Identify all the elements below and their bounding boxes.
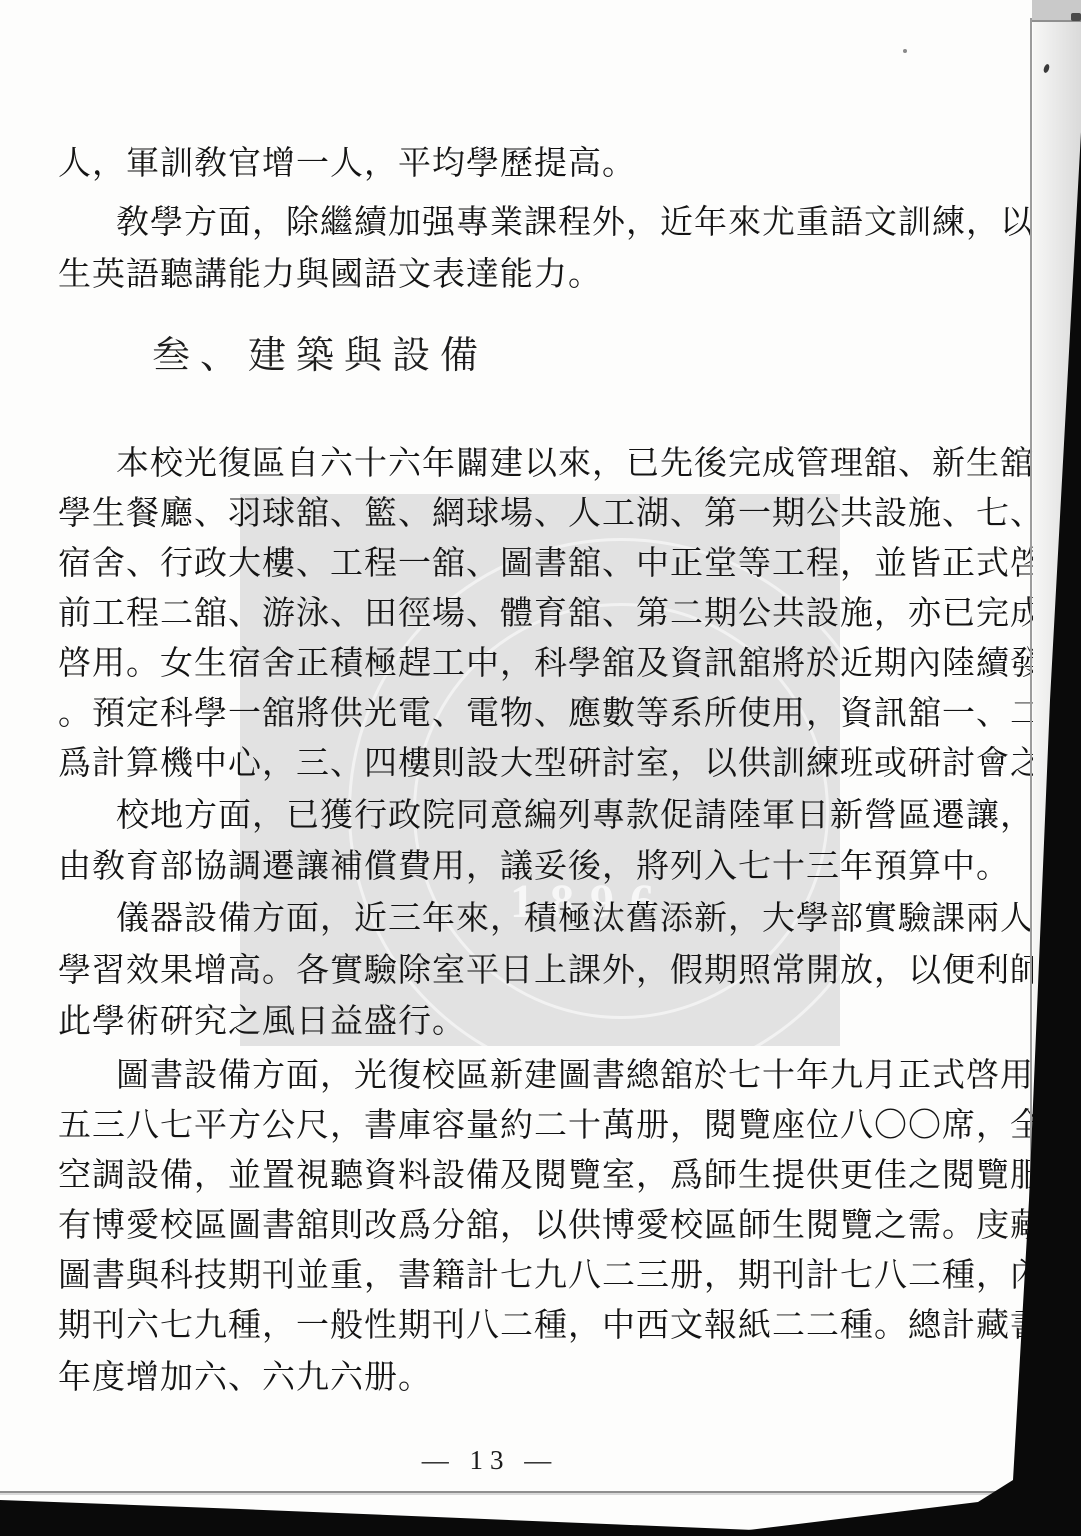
intro-line: 生英語聽講能力與國語文表達能力。 <box>58 248 602 295</box>
body-line: 學生餐廳、羽球舘、籃、網球場、人工湖、第一期公共設施、七、八學生 <box>58 487 1081 534</box>
top-right-dark-mark <box>1071 13 1081 21</box>
section-heading: 叁、建築與設備 <box>152 324 488 379</box>
body-line: 爲計算機中心，三、四樓則設大型硏討室，以供訓練班或硏討會之用。 <box>58 737 1081 784</box>
page-edge-horizontal-line <box>0 1491 1043 1493</box>
body-line: 五三八七平方公尺，書庫容量約二十萬册，閱覽座位八〇〇席，全舘裝置 <box>58 1099 1081 1146</box>
body-line: 由敎育部協調遷讓補償費用，議妥後，將列入七十三年預算中。 <box>58 840 1010 887</box>
body-line: 學習效果增高。各實驗除室平日上課外，假期照常開放，以便利師生，因 <box>58 944 1081 991</box>
body-line: 儀器設備方面，近三年來，積極汰舊添新，大學部實驗課兩人一組， <box>58 892 1081 939</box>
body-line: 宿舍、行政大樓、工程一舘、圖書舘、中正堂等工程，並皆正式啓用。目 <box>58 537 1081 584</box>
body-line: 期刊六七九種，一般性期刊八二種，中西文報紙二二種。總計藏書比上學 <box>58 1299 1081 1346</box>
body-line: 校地方面，已獲行政院同意編列專款促請陸軍日新營區遷讓，目前正 <box>58 789 1081 836</box>
body-line: 前工程二舘、游泳、田徑場、體育舘、第二期公共設施，亦已完成，卽將 <box>58 587 1081 634</box>
body-line: 此學術硏究之風日益盛行。 <box>58 995 466 1042</box>
body-line: 年度增加六、六九六册。 <box>58 1351 432 1398</box>
intro-line: 敎學方面，除繼續加强專業課程外，近年來尤重語文訓練，以增進學 <box>58 196 1081 243</box>
body-line: 本校光復區自六十六年闢建以來，已先後完成管理舘、新生舘、第一 <box>58 437 1081 484</box>
intro-line: 人，軍訓敎官增一人，平均學歷提高。 <box>58 137 636 184</box>
body-line: 圖書設備方面，光復校區新建圖書總舘於七十年九月正式啓用，建坪 <box>58 1049 1081 1096</box>
body-line: 空調設備，並置視聽資料設備及閱覽室，爲師生提供更佳之閱覽服務，原 <box>58 1149 1081 1196</box>
body-line: 啓用。女生宿舍正積極趕工中，科學舘及資訊舘將於近期內陸續發包興建 <box>58 637 1081 684</box>
ink-speck <box>903 49 907 53</box>
body-line: 有博愛校區圖書舘則改爲分舘，以供博愛校區師生閱覽之需。庋藏內容， <box>58 1199 1081 1246</box>
body-line: 。預定科學一舘將供光電、電物、應數等系所使用，資訊舘一、二樓將闢 <box>58 687 1081 734</box>
scanned-document-page: 1896 人，軍訓敎官增一人，平均學歷提高。 敎學方面，除繼續加强專業課程外，近… <box>0 0 1081 1536</box>
body-line: 圖書與科技期刊並重，書籍計七九八二三册，期刊計七八二種，內科學性 <box>58 1249 1081 1296</box>
page-number: — 13 — <box>380 1445 600 1476</box>
